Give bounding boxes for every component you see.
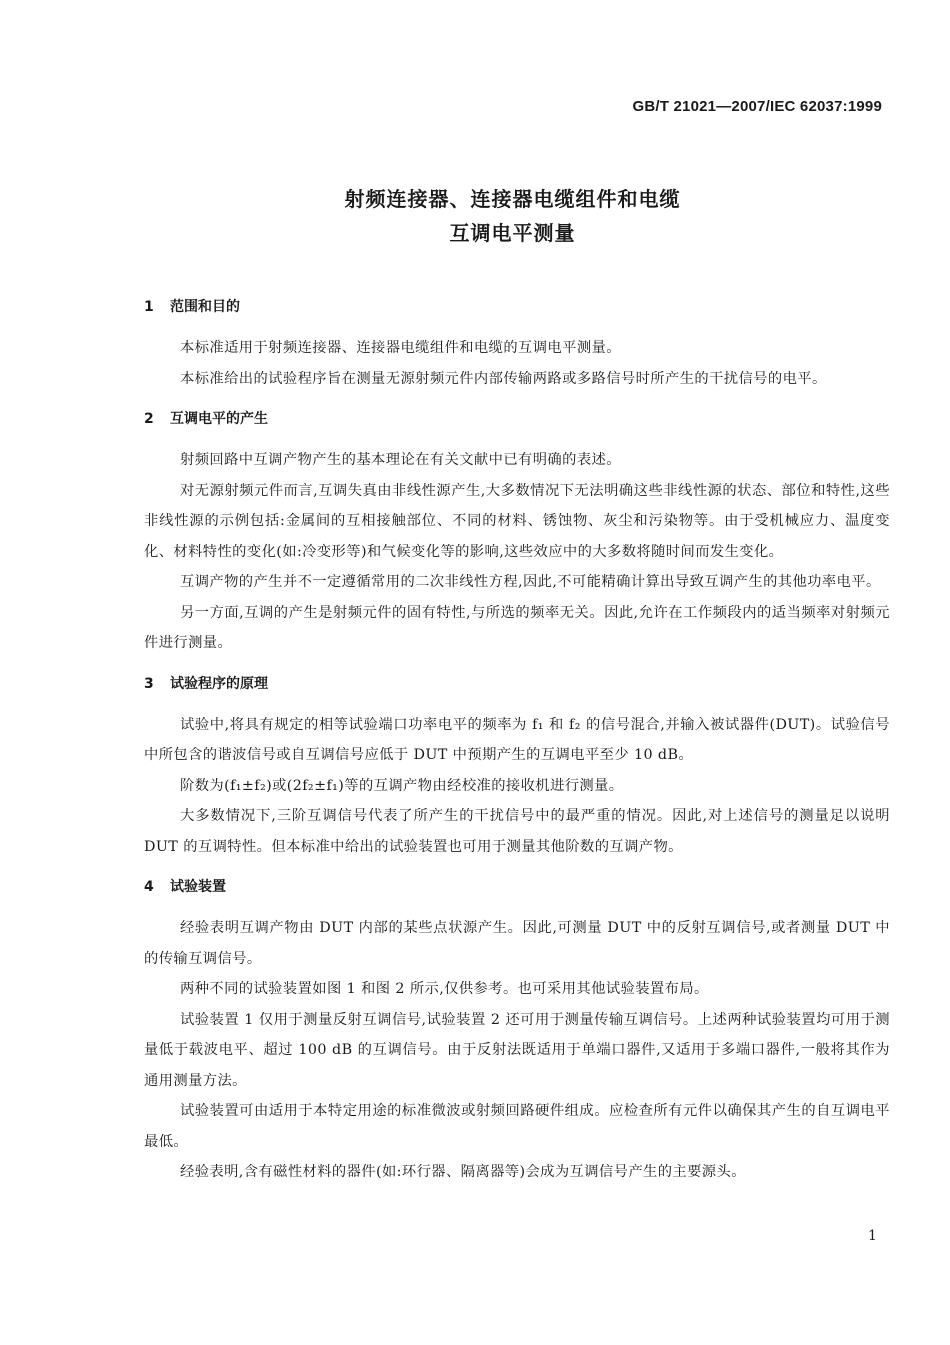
section-title: 试验程序的原理 — [170, 676, 268, 692]
page-number: 1 — [868, 1228, 877, 1244]
paragraph: 阶数为(f₁±f₂)或(2f₂±f₁)等的互调产物由经校准的接收机进行测量。 — [144, 771, 890, 802]
section-number: 1 — [144, 296, 170, 318]
paragraph: 两种不同的试验装置如图 1 和图 2 所示,仅供参考。也可采用其他试验装置布局。 — [144, 974, 890, 1005]
section-title: 范围和目的 — [170, 299, 240, 315]
paragraph: 本标准适用于射频连接器、连接器电缆组件和电缆的互调电平测量。 — [144, 333, 890, 364]
paragraph: 试验装置 1 仅用于测量反射互调信号,试验装置 2 还可用于测量传输互调信号。上… — [144, 1005, 890, 1097]
paragraph: 试验装置可由适用于本特定用途的标准微波或射频回路硬件组成。应检查所有元件以确保其… — [144, 1096, 890, 1157]
section-heading: 2互调电平的产生 — [144, 408, 890, 430]
section-title: 试验装置 — [170, 879, 226, 895]
section-3: 3试验程序的原理 试验中,将具有规定的相等试验端口功率电平的频率为 f₁ 和 f… — [144, 673, 890, 863]
section-1: 1范围和目的 本标准适用于射频连接器、连接器电缆组件和电缆的互调电平测量。 本标… — [144, 296, 890, 394]
paragraph: 射频回路中互调产物产生的基本理论在有关文献中已有明确的表述。 — [144, 445, 890, 476]
document-title: 射频连接器、连接器电缆组件和电缆 互调电平测量 — [0, 182, 950, 250]
section-title: 互调电平的产生 — [170, 411, 268, 427]
section-heading: 3试验程序的原理 — [144, 673, 890, 695]
paragraph: 互调产物的产生并不一定遵循常用的二次非线性方程,因此,不可能精确计算出导致互调产… — [144, 567, 890, 598]
standard-number: GB/T 21021—2007/IEC 62037:1999 — [633, 98, 883, 115]
section-number: 2 — [144, 408, 170, 430]
paragraph: 经验表明互调产物由 DUT 内部的某些点状源产生。因此,可测量 DUT 中的反射… — [144, 913, 890, 974]
paragraph: 经验表明,含有磁性材料的器件(如:环行器、隔离器等)会成为互调信号产生的主要源头… — [144, 1157, 890, 1188]
section-number: 4 — [144, 876, 170, 898]
paragraph: 本标准给出的试验程序旨在测量无源射频元件内部传输两路或多路信号时所产生的干扰信号… — [144, 364, 890, 395]
title-line-2: 互调电平测量 — [0, 216, 950, 250]
section-number: 3 — [144, 673, 170, 695]
paragraph: 大多数情况下,三阶互调信号代表了所产生的干扰信号中的最严重的情况。因此,对上述信… — [144, 801, 890, 862]
paragraph: 试验中,将具有规定的相等试验端口功率电平的频率为 f₁ 和 f₂ 的信号混合,并… — [144, 710, 890, 771]
title-line-1: 射频连接器、连接器电缆组件和电缆 — [0, 182, 950, 216]
paragraph: 另一方面,互调的产生是射频元件的固有特性,与所选的频率无关。因此,允许在工作频段… — [144, 598, 890, 659]
section-heading: 4试验装置 — [144, 876, 890, 898]
document-body: 1范围和目的 本标准适用于射频连接器、连接器电缆组件和电缆的互调电平测量。 本标… — [144, 296, 890, 1202]
paragraph: 对无源射频元件而言,互调失真由非线性源产生,大多数情况下无法明确这些非线性源的状… — [144, 476, 890, 568]
section-heading: 1范围和目的 — [144, 296, 890, 318]
section-2: 2互调电平的产生 射频回路中互调产物产生的基本理论在有关文献中已有明确的表述。 … — [144, 408, 890, 659]
section-4: 4试验装置 经验表明互调产物由 DUT 内部的某些点状源产生。因此,可测量 DU… — [144, 876, 890, 1188]
